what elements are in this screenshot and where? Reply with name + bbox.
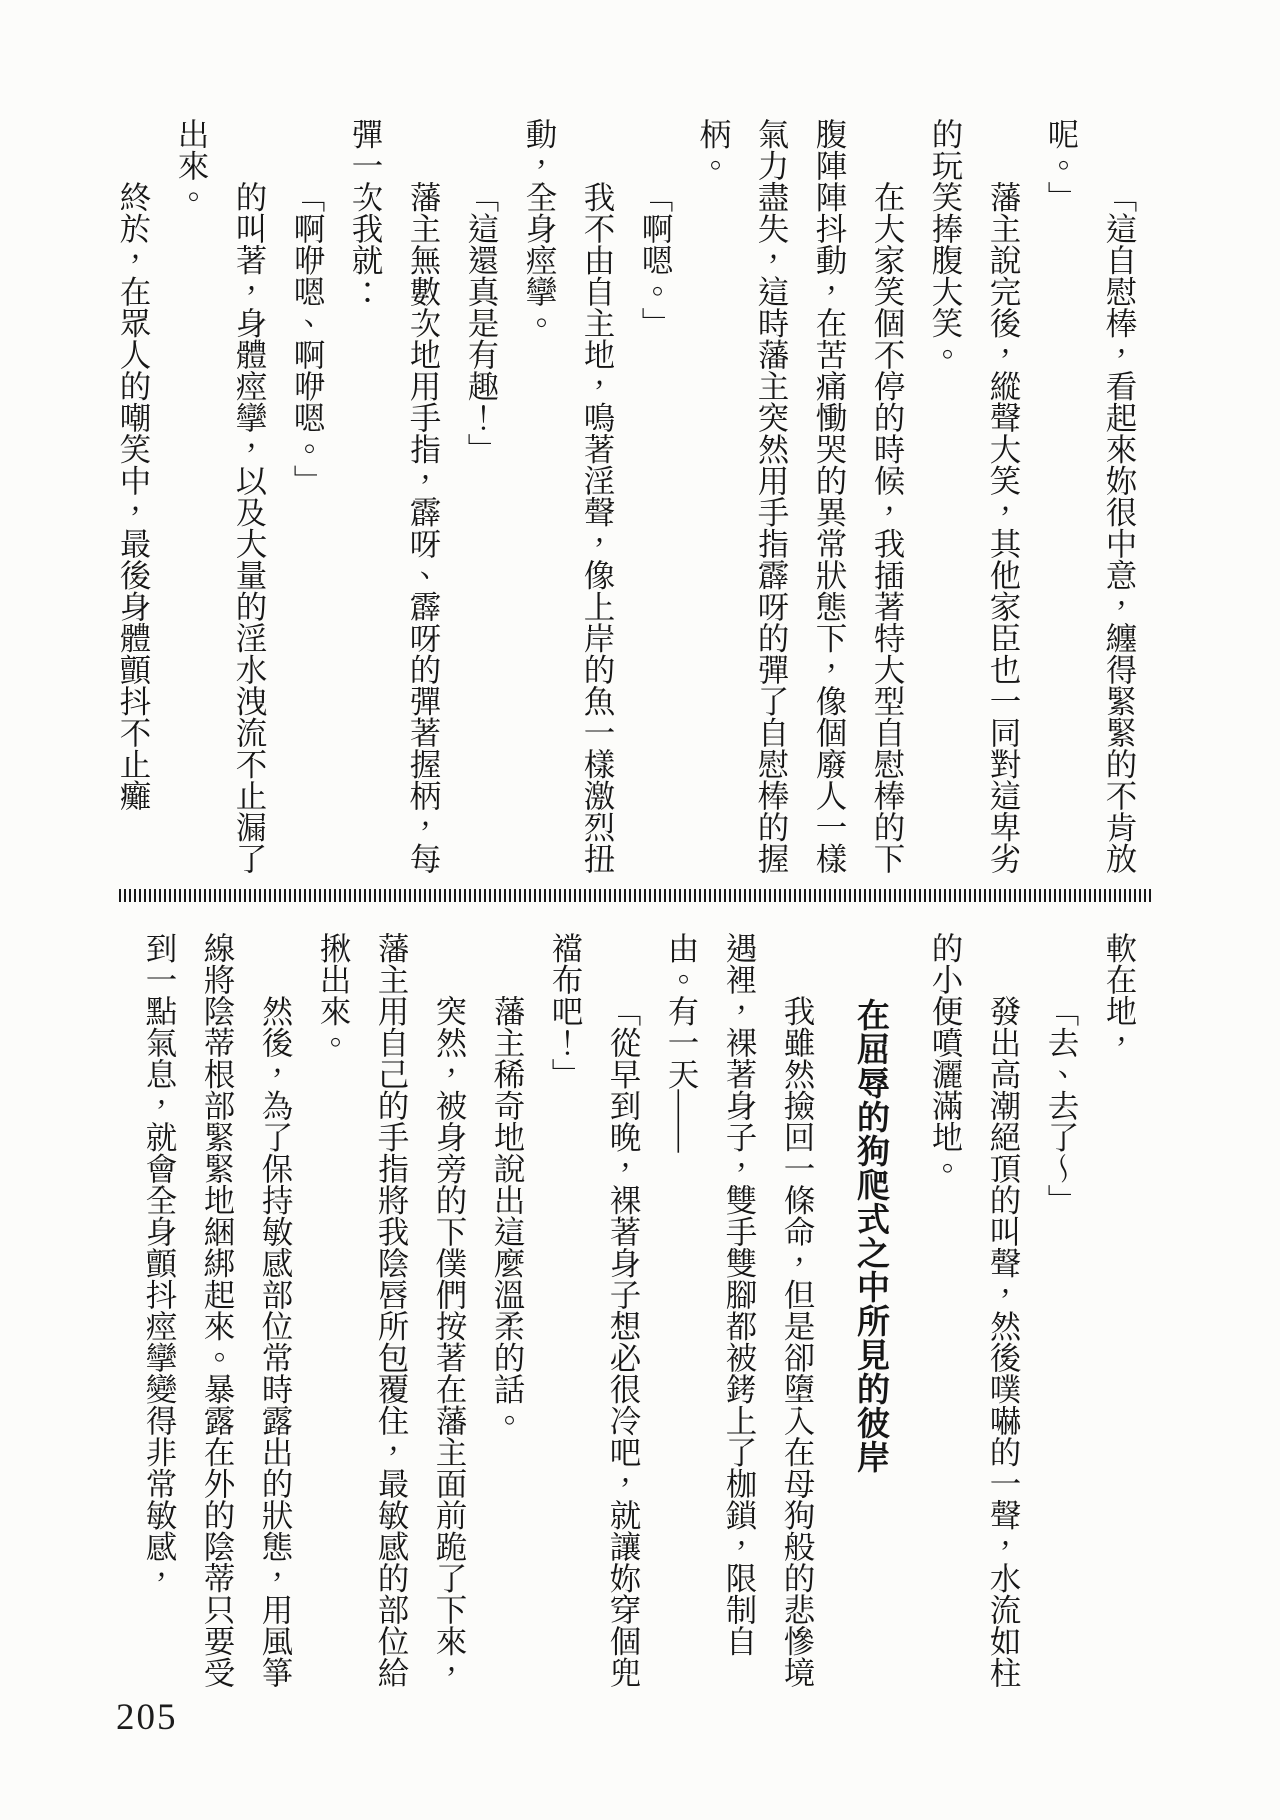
vertical-paragraph: 然後，為了保持敏感部位常時露出的狀態，用風箏線將陰蒂根部緊緊地綑綁起來。暴露在外… xyxy=(130,932,304,1690)
vertical-paragraph: 軟在地， xyxy=(1090,932,1148,1690)
vertical-paragraph: 藩主說完後，縱聲大笑，其他家臣也一同對這卑劣的玩笑捧腹大笑。 xyxy=(916,118,1032,876)
vertical-paragraph: 的叫著，身體痙攣，以及大量的淫水洩流不止漏了出來。 xyxy=(162,118,278,876)
vertical-paragraph: 「啊嗯。」 xyxy=(626,118,684,876)
page-number: 205 xyxy=(116,1696,178,1739)
vertical-paragraph: 「這還真是有趣！」 xyxy=(452,118,510,876)
page-bottom-text: 軟在地，「去、去了～」發出高潮絕頂的叫聲，然後噗嚇的一聲，水流如柱的小便噴灑滿地… xyxy=(130,932,1148,1690)
section-heading: 在屈辱的狗爬式之中所見的彼岸 xyxy=(842,932,900,1690)
vertical-paragraph: 「從早到晚，裸著身子想必很冷吧，就讓妳穿個兜襠布吧！」 xyxy=(536,932,652,1690)
vertical-paragraph: 發出高潮絕頂的叫聲，然後噗嚇的一聲，水流如柱的小便噴灑滿地。 xyxy=(916,932,1032,1690)
vertical-paragraph: 突然，被身旁的下僕們按著在藩主面前跪了下來，藩主用自己的手指將我陰唇所包覆住，最… xyxy=(304,932,478,1690)
page-top-text: 「這自慰棒，看起來妳很中意，纏得緊緊的不肯放呢。」藩主說完後，縱聲大笑，其他家臣… xyxy=(104,118,1148,876)
vertical-paragraph: 我雖然撿回一條命，但是卻墮入在母狗般的悲慘境遇裡，裸著身子，雙手雙腳都被銬上了枷… xyxy=(652,932,826,1690)
vertical-paragraph: 藩主無數次地用手指，霹呀、霹呀的彈著握柄，每彈一次我就： xyxy=(336,118,452,876)
book-page: 「這自慰棒，看起來妳很中意，纏得緊緊的不肯放呢。」藩主說完後，縱聲大笑，其他家臣… xyxy=(0,0,1280,1820)
vertical-paragraph: 藩主稀奇地說出這麼溫柔的話。 xyxy=(478,932,536,1690)
vertical-paragraph: 我不由自主地，鳴著淫聲，像上岸的魚一樣激烈扭動，全身痙攣。 xyxy=(510,118,626,876)
vertical-paragraph: 在大家笑個不停的時候，我插著特大型自慰棒的下腹陣陣抖動，在苦痛慟哭的異常狀態下，… xyxy=(684,118,916,876)
vertical-paragraph: 終於，在眾人的嘲笑中，最後身體顫抖不止癱 xyxy=(104,118,162,876)
page-gutter-divider xyxy=(119,889,1153,902)
vertical-paragraph: 「這自慰棒，看起來妳很中意，纏得緊緊的不肯放呢。」 xyxy=(1032,118,1148,876)
vertical-paragraph: 「去、去了～」 xyxy=(1032,932,1090,1690)
vertical-paragraph: 「啊咿嗯、啊咿嗯。」 xyxy=(278,118,336,876)
